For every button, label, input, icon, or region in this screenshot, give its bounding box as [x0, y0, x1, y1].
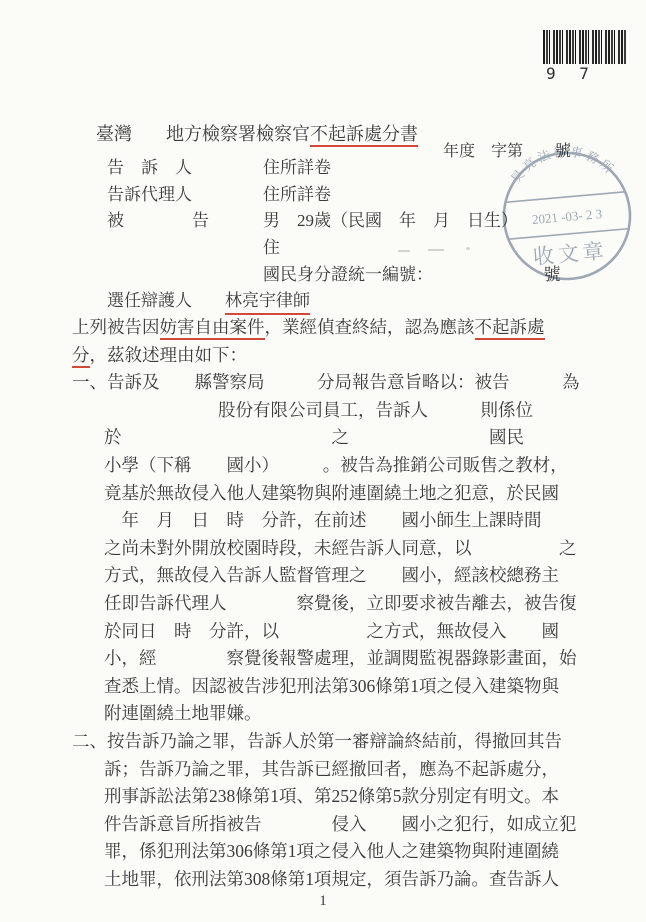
text-segment: 於 之 國民 — [104, 427, 524, 447]
body-line: 件告訴意旨所指被告 侵入 國小之犯行，如成立犯 — [72, 811, 602, 839]
body-line: 之尚未對外開放校園時段，未經告訴人同意，以 之 — [72, 535, 602, 563]
underlined-text-segment: 不起訴處 — [475, 317, 545, 340]
party-value: 林亮宇律師 — [225, 288, 310, 315]
text-segment: 件告訴意旨所指被告 侵入 國小之犯行，如成立犯 — [104, 814, 577, 834]
party-label: 告 訴 人 — [107, 155, 199, 182]
text-segment: 附連圍繞土地罪嫌。 — [104, 703, 262, 723]
party-value: 男 29歲（民國 年 月 日生） — [263, 208, 518, 235]
party-value: 國民身分證統一編號： 號 — [263, 262, 561, 289]
text-segment: 罪，係犯刑法第306條第1項之侵入他人之建築物與附連圍繞 — [104, 841, 559, 861]
body-line: 訴；告訴乃論之罪，其告訴已經撤回者，應為不起訴處分， — [72, 756, 602, 784]
body-line: 罪，係犯刑法第306條第1項之侵入他人之建築物與附連圍繞 — [72, 838, 602, 866]
party-row: 國民身分證統一編號： 號 — [107, 262, 561, 289]
text-segment: 方式，無故侵入告訴人監督管理之 國小，經該校總務主 — [104, 565, 559, 585]
body-line: 任即告訴代理人 察覺後，立即要求被告離去，被告復 — [72, 590, 602, 618]
party-value: 住 — [263, 235, 280, 262]
title-office: 地方檢察署檢察官 — [166, 124, 310, 144]
body-lines: 上列被告因妨害自由案件，業經偵查終結，認為應該不起訴處分，茲敘述理由如下：一、告… — [72, 314, 602, 893]
party-row: 選任辯護人林亮宇律師 — [107, 288, 561, 315]
text-segment: ，茲敘述理由如下： — [90, 345, 248, 365]
party-value: 住所詳卷 — [263, 155, 331, 182]
text-segment: 於同日 時 分許，以 之方式，無故侵入 國 — [104, 621, 559, 641]
party-label: 被 告 — [107, 208, 199, 235]
text-segment: 小，經 察覺後報警處理，並調閱監視器錄影畫面，始 — [104, 648, 577, 668]
underlined-text-segment: 分 — [72, 345, 90, 368]
body-line: 一、告訴及 縣警察局 分局報告意旨略以：被告 為 — [72, 369, 602, 397]
party-label: 選任辯護人 — [107, 288, 199, 315]
text-segment: 刑事訴訟法第238條第1項、第252條第5款分別定有明文。本 — [104, 786, 559, 806]
scan-artifact — [428, 249, 444, 251]
body-line: 上列被告因妨害自由案件，業經偵查終結，認為應該不起訴處 — [72, 314, 602, 342]
text-segment: 之尚未對外開放校園時段，未經告訴人同意，以 之 — [104, 538, 577, 558]
party-label: 告訴代理人 — [107, 182, 199, 209]
body-line: 附連圍繞土地罪嫌。 — [72, 700, 602, 728]
text-segment: 上列被告因 — [72, 317, 160, 337]
body-line: 小，經 察覺後報警處理，並調閱監視器錄影畫面，始 — [72, 645, 602, 673]
text-segment: 土地罪，依刑法第308條第1項規定，須告訴乃論。查告訴人 — [104, 869, 559, 889]
text-segment: 年 月 日 時 分許，在前述 國小師生上課時間 — [104, 510, 542, 530]
text-segment: 查悉上情。因認被告涉犯刑法第306條第1項之侵入建築物與 — [104, 676, 559, 696]
party-label — [107, 262, 199, 289]
party-row: 告 訴 人住所詳卷 — [107, 155, 561, 182]
barcode — [543, 30, 627, 64]
party-rows: 告 訴 人住所詳卷告訴代理人住所詳卷被 告男 29歲（民國 年 月 日生）住國民… — [107, 155, 561, 315]
body-line: 小學（下稱 國小） 。被告為推銷公司販售之教材， — [72, 452, 602, 480]
title-region: 臺灣 — [96, 124, 132, 144]
text-segment: 二、按告訴乃論之罪，告訴人於第一審辯論終結前，得撤回其告 — [72, 731, 562, 751]
body-line: 土地罪，依刑法第308條第1項規定，須告訴乃論。查告訴人 — [72, 866, 602, 894]
party-row: 被 告男 29歲（民國 年 月 日生） — [107, 208, 561, 235]
party-row: 告訴代理人住所詳卷 — [107, 182, 561, 209]
party-value: 住所詳卷 — [263, 182, 331, 209]
body-line: 於同日 時 分許，以 之方式，無故侵入 國 — [72, 618, 602, 646]
title-doc-type: 不起訴處分書 — [310, 124, 418, 147]
text-segment: 股份有限公司員工，告訴人 則係位 — [218, 400, 533, 420]
body-line: 二、按告訴乃論之罪，告訴人於第一審辯論終結前，得撤回其告 — [72, 728, 602, 756]
text-segment: 小學（下稱 國小） 。被告為推銷公司販售之教材， — [104, 455, 568, 475]
body-line: 方式，無故侵入告訴人監督管理之 國小，經該校總務主 — [72, 562, 602, 590]
underlined-text-segment: 妨害自由案件 — [160, 317, 265, 340]
body-line: 年 月 日 時 分許，在前述 國小師生上課時間 — [72, 507, 602, 535]
text-segment: ，業經偵查終結，認為應該 — [265, 317, 475, 337]
page-number: 1 — [0, 893, 646, 910]
barcode-number: 9 7 — [546, 64, 596, 83]
body-line: 分，茲敘述理由如下： — [72, 342, 602, 370]
text-segment: 任即告訴代理人 察覺後，立即要求被告離去，被告復 — [104, 593, 577, 613]
document-page: 9 7 臺灣地方檢察署檢察官不起訴處分書 年度 字第 號 告 訴 人住所詳卷告訴… — [0, 0, 646, 922]
scan-artifact — [398, 250, 410, 252]
body-line: 於 之 國民 — [72, 424, 602, 452]
text-segment: 一、告訴及 縣警察局 分局報告意旨略以：被告 為 — [72, 372, 580, 392]
scan-artifact — [466, 247, 470, 250]
text-segment: 訴；告訴乃論之罪，其告訴已經撤回者，應為不起訴處分， — [104, 759, 559, 779]
party-row: 住 — [107, 235, 561, 262]
body-line: 查悉上情。因認被告涉犯刑法第306條第1項之侵入建築物與 — [72, 673, 602, 701]
body-line: 刑事訴訟法第238條第1項、第252條第5款分別定有明文。本 — [72, 783, 602, 811]
body-line: 股份有限公司員工，告訴人 則係位 — [72, 397, 602, 425]
body-line: 竟基於無故侵入他人建築物與附連圍繞土地之犯意，於民國 — [72, 480, 602, 508]
text-segment: 竟基於無故侵入他人建築物與附連圍繞土地之犯意，於民國 — [104, 483, 559, 503]
party-label — [107, 235, 199, 262]
